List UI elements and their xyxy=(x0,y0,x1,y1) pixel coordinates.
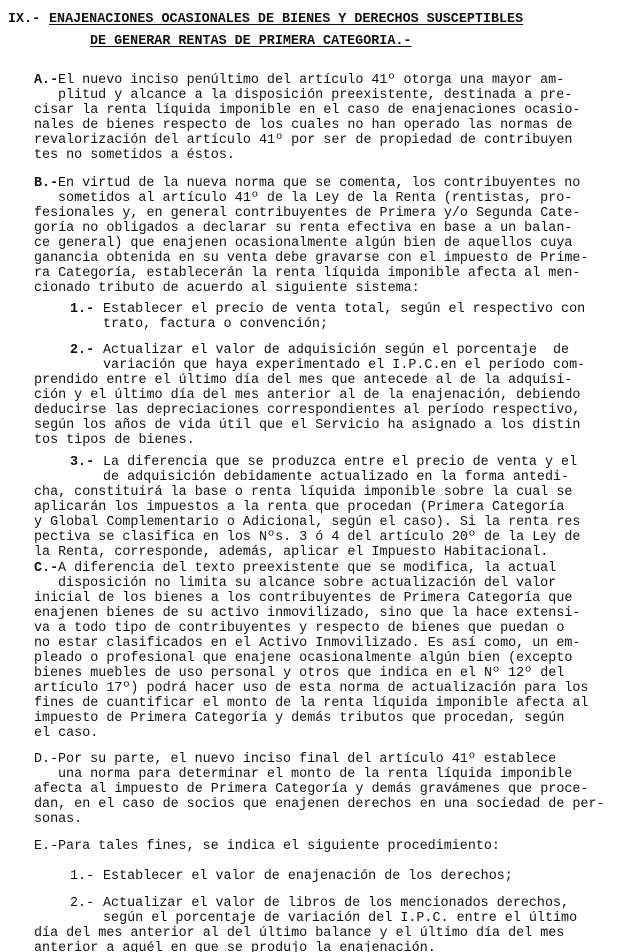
item-e2-line: día del mes anterior al del último balan… xyxy=(34,926,564,941)
section-a-line: cisar la renta líquida imponible en el c… xyxy=(34,103,580,118)
item-b2-line: según los años de vida útil que el Servi… xyxy=(34,418,580,433)
section-d-line: dan, en el caso de socios que enajenen d… xyxy=(34,797,605,812)
section-number: IX.- xyxy=(8,12,40,27)
item-b2-line: variación que haya experimentado el I.P.… xyxy=(103,358,585,373)
section-b-line: ganancia obtenida en su venta debe grava… xyxy=(34,251,588,266)
section-c-line: inicial de los bienes a los contribuyent… xyxy=(34,591,572,606)
item-b2-line: prendido entre el último día del mes que… xyxy=(34,373,572,388)
section-b-line: cionado tributo de acuerdo al siguiente … xyxy=(34,281,420,296)
section-c-line: va a todo tipo de contribuyentes y respe… xyxy=(34,621,564,636)
item-b3-line: La diferencia que se produzca entre el p… xyxy=(103,455,577,470)
item-b2-line: ción y el último día del mes anterior al… xyxy=(34,388,580,403)
item-e2-line: según el porcentaje de variación del I.P… xyxy=(103,911,577,926)
section-b-line: fesionales y, en general contribuyentes … xyxy=(34,206,580,221)
item-b2-line: tos tipos de bienes. xyxy=(34,433,195,448)
section-c-line: no estar clasificados en el Activo Inmov… xyxy=(34,636,580,651)
section-d-line: Por su parte, el nuevo inciso final del … xyxy=(58,752,556,767)
section-b-line: En virtud de la nueva norma que se comen… xyxy=(58,176,580,191)
section-c-line: disposición no limita su alcance sobre a… xyxy=(58,576,556,591)
item-b3-line: de adquisición debidamente actualizado e… xyxy=(103,470,569,485)
section-c-line: fines de cuantificar el monto de la rent… xyxy=(34,696,588,711)
section-b-line: ce general) que enajenen ocasionalmente … xyxy=(34,236,572,251)
item-b2-line: Actualizar el valor de adquisición según… xyxy=(103,343,569,358)
item-e2-line: Actualizar el valor de libros de los men… xyxy=(103,896,569,911)
section-d-label: D.- xyxy=(34,752,58,767)
item-b1-label: 1.- xyxy=(70,302,94,317)
item-b1-line: Establecer el precio de venta total, seg… xyxy=(103,302,585,317)
section-c-line: A diferencia del texto preexistente que … xyxy=(58,561,556,576)
section-d-line: sonas. xyxy=(34,812,82,827)
item-b3-line: aplicarán los impuestos a la renta que p… xyxy=(34,500,564,515)
title-line-2: DE GENERAR RENTAS DE PRIMERA CATEGORIA.- xyxy=(90,34,411,49)
section-c-line: artículo 17º) podrá hacer uso de esta no… xyxy=(34,681,588,696)
item-e2-label: 2.- xyxy=(70,896,94,911)
item-b3-label: 3.- xyxy=(70,455,94,470)
section-a-line: El nuevo inciso penúltimo del artículo 4… xyxy=(58,73,564,88)
title-line-1: ENAJENACIONES OCASIONALES DE BIENES Y DE… xyxy=(49,12,523,27)
section-a-line: nales de bienes respecto de los cuales n… xyxy=(34,118,572,133)
item-e1-label: 1.- xyxy=(70,869,94,884)
section-c-line: el caso. xyxy=(34,726,98,741)
section-b-label: B.- xyxy=(34,176,58,191)
section-a-line: plitud y alcance a la disposición preexi… xyxy=(58,88,572,103)
section-d-line: afecta al impuesto de Primera Categoría … xyxy=(34,782,588,797)
item-b3-line: pectiva se clasifica en los Nºs. 3 ó 4 d… xyxy=(34,530,580,545)
item-b3-line: y Global Complementario o Adicional, seg… xyxy=(34,515,580,530)
item-b3-line: cha, constituirá la base o renta líquida… xyxy=(34,485,572,500)
section-b-line: goría no obligados a declarar su renta e… xyxy=(34,221,572,236)
item-b2-label: 2.- xyxy=(70,343,94,358)
section-c-line: pleado o profesional que enajene ocasion… xyxy=(34,651,572,666)
section-d-line: una norma para determinar el monto de la… xyxy=(58,767,572,782)
item-e2-line: anterior a aquél en que se produjo la en… xyxy=(34,941,436,952)
item-b3-line: la Renta, corresponde, además, aplicar e… xyxy=(34,545,548,560)
section-a-line: tes no sometidos a éstos. xyxy=(34,148,235,163)
section-a-label: A.- xyxy=(34,73,58,88)
section-c-line: bienes muebles de uso personal y otros q… xyxy=(34,666,564,681)
document-page: IX.- ENAJENACIONES OCASIONALES DE BIENES… xyxy=(0,0,630,952)
section-a-line: revalorización del artículo 41º por ser … xyxy=(34,133,572,148)
section-e-label: E.- xyxy=(34,839,58,854)
item-e1-line: Establecer el valor de enajenación de lo… xyxy=(103,869,513,884)
item-b1-line: trato, factura o convención; xyxy=(103,317,328,332)
section-c-label: C.- xyxy=(34,561,58,576)
section-b-line: sometidos al artículo 41º de la Ley de l… xyxy=(58,191,572,206)
section-e-line: Para tales fines, se indica el siguiente… xyxy=(58,839,500,854)
section-c-line: enajenen bienes de su activo inmovilizad… xyxy=(34,606,580,621)
section-b-line: ra Categoría, establecerán la renta líqu… xyxy=(34,266,580,281)
section-c-line: impuesto de Primera Categoría y demás tr… xyxy=(34,711,564,726)
item-b2-line: deducirse las depreciaciones correspondi… xyxy=(34,403,580,418)
